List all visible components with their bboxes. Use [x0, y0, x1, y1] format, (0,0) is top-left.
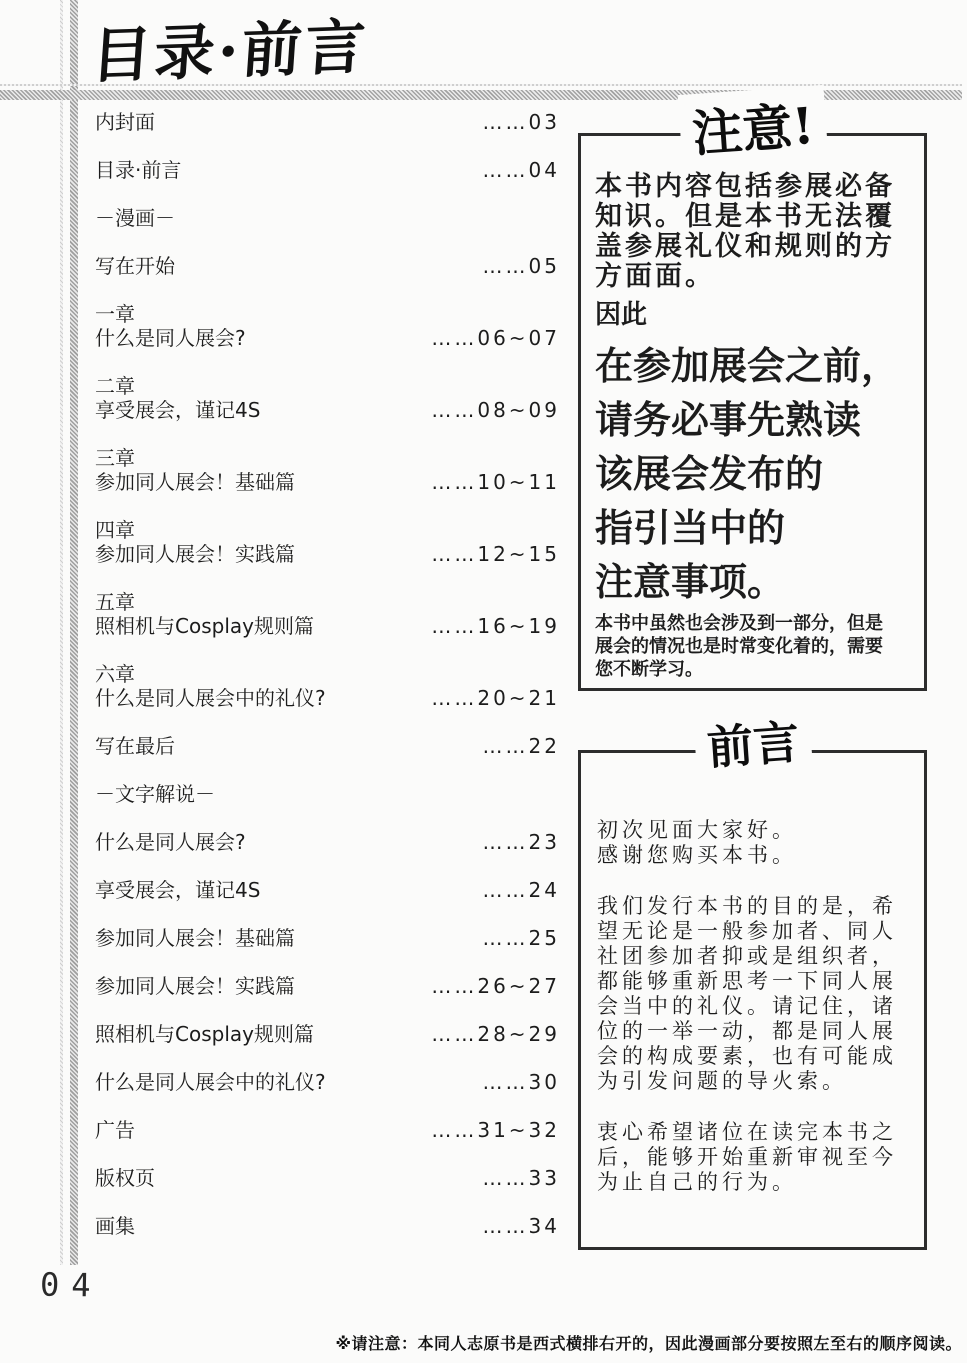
toc-chapter: 四章: [95, 518, 295, 542]
toc-label: 写在最后: [95, 734, 175, 758]
scanned-book-page: 目录·前言 内封面 ……03 目录·前言 ……04: [0, 0, 967, 1363]
toc-entry: 参加同人展会！实践篇 ……26~27: [95, 974, 560, 998]
toc-entry: 一章 什么是同人展会? ……06~07: [95, 302, 560, 350]
toc-chapter: 一章: [95, 302, 246, 326]
toc-page-numbers: ……16~19: [431, 614, 560, 638]
toc-entry-labels: 三章 参加同人展会！基础篇: [95, 446, 295, 494]
toc-label: 照相机与Cosplay规则篇: [95, 1022, 314, 1046]
toc-page-numbers: ……30: [483, 1070, 560, 1094]
toc-label: 目录·前言: [95, 158, 181, 182]
toc-entry-labels: 写在开始: [95, 254, 175, 278]
toc-entry-labels: 什么是同人展会中的礼仪?: [95, 1070, 326, 1094]
toc-entry: 内封面 ……03: [95, 110, 560, 134]
toc-entry-labels: 六章 什么是同人展会中的礼仪?: [95, 662, 326, 710]
toc-chapter: 六章: [95, 662, 326, 686]
toc-label: 什么是同人展会?: [95, 326, 246, 350]
toc-label: －漫画－: [95, 206, 175, 230]
toc-entry: 目录·前言 ……04: [95, 158, 560, 182]
page-number: 04: [40, 1265, 103, 1304]
toc-entry-labels: 一章 什么是同人展会?: [95, 302, 246, 350]
toc-entry-labels: 什么是同人展会?: [95, 830, 246, 854]
toc-page-numbers: ……03: [483, 110, 560, 134]
toc-page-numbers: ……24: [483, 878, 560, 902]
toc-label: 享受展会，谨记4S: [95, 398, 260, 422]
toc-entry: 什么是同人展会中的礼仪? ……30: [95, 1070, 560, 1094]
left-margin-rule-hatch: [70, 0, 78, 1265]
toc-entry: 四章 参加同人展会！实践篇 ……12~15: [95, 518, 560, 566]
toc-page-numbers: ……08~09: [431, 398, 560, 422]
toc-chapter: 三章: [95, 446, 295, 470]
toc-entry: 广告 ……31~32: [95, 1118, 560, 1142]
toc-entry: 版权页 ……33: [95, 1166, 560, 1190]
toc-entry-labels: 五章 照相机与Cosplay规则篇: [95, 590, 314, 638]
notice-therefore: 因此: [595, 294, 914, 331]
toc-label: 版权页: [95, 1166, 155, 1190]
preface-box: 前言 初次见面大家好。 感谢您购买本书。 我们发行本书的目的是，希望无论是一般参…: [578, 750, 927, 1250]
table-of-contents: 内封面 ……03 目录·前言 ……04 －漫画－: [95, 110, 560, 1262]
toc-entry-labels: －漫画－: [95, 206, 175, 230]
toc-entry-labels: 参加同人展会！基础篇: [95, 926, 295, 950]
toc-entry-labels: 版权页: [95, 1166, 155, 1190]
preface-paragraph-1: 初次见面大家好。 感谢您购买本书。: [597, 818, 912, 868]
toc-entry-labels: 二章 享受展会，谨记4S: [95, 374, 260, 422]
toc-entry-labels: 四章 参加同人展会！实践篇: [95, 518, 295, 566]
preface-box-content: 初次见面大家好。 感谢您购买本书。 我们发行本书的目的是，希望无论是一般参加者、…: [581, 753, 924, 1195]
toc-label: 什么是同人展会中的礼仪?: [95, 686, 326, 710]
toc-page-numbers: ……34: [483, 1214, 560, 1238]
toc-label: 照相机与Cosplay规则篇: [95, 614, 314, 638]
page-title: 目录·前言: [89, 0, 372, 95]
toc-entry: －漫画－: [95, 206, 560, 230]
toc-label: 参加同人展会！基础篇: [95, 926, 295, 950]
toc-entry: 照相机与Cosplay规则篇 ……28~29: [95, 1022, 560, 1046]
toc-entry-labels: 参加同人展会！实践篇: [95, 974, 295, 998]
toc-chapter: 二章: [95, 374, 260, 398]
toc-page-numbers: ……10~11: [431, 470, 560, 494]
toc-entry-labels: 写在最后: [95, 734, 175, 758]
preface-box-title: 前言: [692, 705, 812, 779]
toc-entry: 画集 ……34: [95, 1214, 560, 1238]
toc-entry: 二章 享受展会，谨记4S ……08~09: [95, 374, 560, 422]
toc-page-numbers: ……20~21: [431, 686, 560, 710]
toc-page-numbers: ……33: [483, 1166, 560, 1190]
toc-page-numbers: ……31~32: [431, 1118, 560, 1142]
notice-note: 本书中虽然也会涉及到一部分，但是 展会的情况也是时常变化着的，需要 您不断学习。: [595, 612, 914, 681]
toc-page-numbers: ……12~15: [431, 542, 560, 566]
toc-label: 参加同人展会！实践篇: [95, 974, 295, 998]
toc-page-numbers: ……25: [483, 926, 560, 950]
toc-page-numbers: ……06~07: [431, 326, 560, 350]
toc-entry-labels: 目录·前言: [95, 158, 181, 182]
toc-entry: 六章 什么是同人展会中的礼仪? ……20~21: [95, 662, 560, 710]
toc-label: 参加同人展会！基础篇: [95, 470, 295, 494]
toc-label: 画集: [95, 1214, 135, 1238]
toc-page-numbers: ……26~27: [431, 974, 560, 998]
notice-box-content: 本书内容包括参展必备 知识。但是本书无法覆 盖参展礼仪和规则的方 方面面。 因此…: [581, 136, 924, 681]
toc-entry: 什么是同人展会? ……23: [95, 830, 560, 854]
toc-label: 什么是同人展会中的礼仪?: [95, 1070, 326, 1094]
toc-entry-labels: 照相机与Cosplay规则篇: [95, 1022, 314, 1046]
toc-label: 享受展会，谨记4S: [95, 878, 260, 902]
toc-entry: 参加同人展会！基础篇 ……25: [95, 926, 560, 950]
toc-page-numbers: ……04: [483, 158, 560, 182]
toc-label: 内封面: [95, 110, 155, 134]
left-margin-rule-light: [60, 0, 63, 1265]
notice-emphasis: 在参加展会之前， 请务必事先熟读 该展会发布的 指引当中的 注意事项。: [595, 339, 914, 609]
toc-page-numbers: ……28~29: [431, 1022, 560, 1046]
toc-entry-labels: 画集: [95, 1214, 135, 1238]
toc-entry: 写在开始 ……05: [95, 254, 560, 278]
preface-paragraph-3: 衷心希望诸位在读完本书之后，能够开始重新审视至今为止自己的行为。: [597, 1120, 912, 1195]
toc-entry: －文字解说－: [95, 782, 560, 806]
toc-entry-labels: 内封面: [95, 110, 155, 134]
toc-label: 什么是同人展会?: [95, 830, 246, 854]
toc-label: －文字解说－: [95, 782, 215, 806]
toc-page-numbers: ……22: [483, 734, 560, 758]
toc-page-numbers: ……23: [483, 830, 560, 854]
toc-entry-labels: 广告: [95, 1118, 135, 1142]
toc-entry-labels: －文字解说－: [95, 782, 215, 806]
toc-entry: 三章 参加同人展会！基础篇 ……10~11: [95, 446, 560, 494]
toc-label: 参加同人展会！实践篇: [95, 542, 295, 566]
toc-label: 广告: [95, 1118, 135, 1142]
notice-box-title: 注意!: [677, 85, 828, 167]
toc-page-numbers: ……05: [483, 254, 560, 278]
toc-entry: 写在最后 ……22: [95, 734, 560, 758]
reading-order-footnote: ※请注意：本同人志原书是西式横排右开的，因此漫画部分要按照左至右的顺序阅读。: [335, 1331, 962, 1354]
notice-intro: 本书内容包括参展必备 知识。但是本书无法覆 盖参展礼仪和规则的方 方面面。: [595, 172, 914, 292]
toc-chapter: 五章: [95, 590, 314, 614]
toc-entry: 五章 照相机与Cosplay规则篇 ……16~19: [95, 590, 560, 638]
toc-entry: 享受展会，谨记4S ……24: [95, 878, 560, 902]
preface-paragraph-2: 我们发行本书的目的是，希望无论是一般参加者、同人社团参加者抑或是组织者，都能够重…: [597, 894, 912, 1094]
notice-box: 注意! 本书内容包括参展必备 知识。但是本书无法覆 盖参展礼仪和规则的方 方面面…: [578, 133, 927, 691]
toc-label: 写在开始: [95, 254, 175, 278]
toc-entry-labels: 享受展会，谨记4S: [95, 878, 260, 902]
